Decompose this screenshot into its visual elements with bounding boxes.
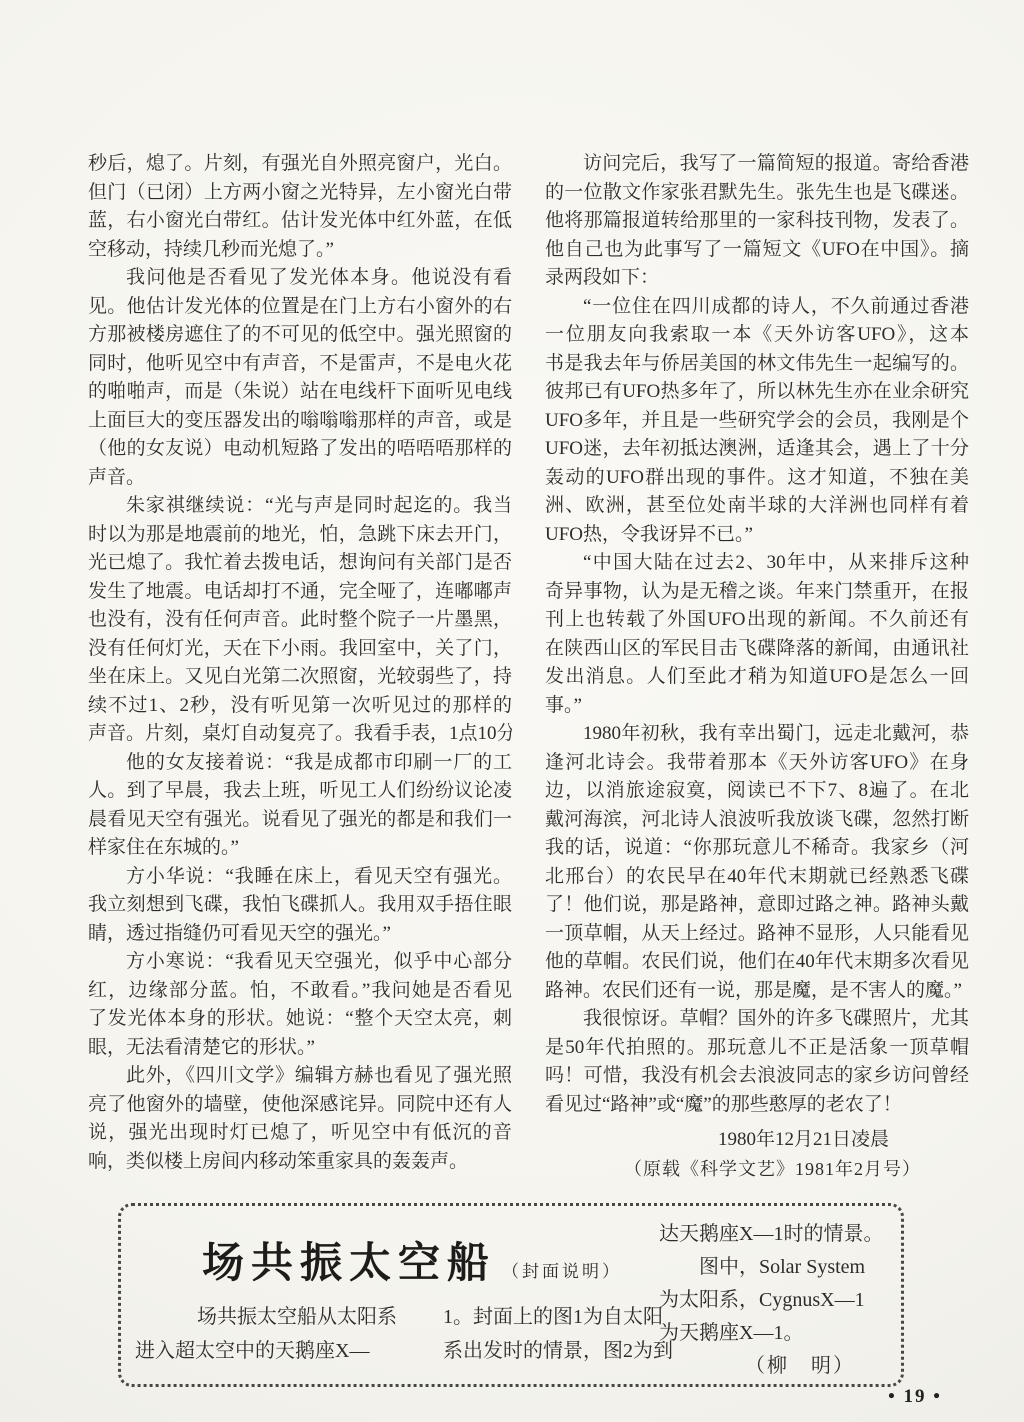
text-line: 是50年代拍照的。那玩意儿不正是活象一顶草帽 bbox=[545, 1034, 969, 1063]
text-line: 我立刻想到飞碟，我怕飞碟抓人。我用双手捂住眼 bbox=[88, 891, 512, 920]
paragraph: 我很惊讶。草帽？国外的许多飞碟照片，尤其是50年代拍照的。那玩意儿不正是活象一顶… bbox=[545, 1005, 969, 1119]
text-line: 声音。 bbox=[88, 464, 512, 493]
paragraph: 秒后，熄了。片刻，有强光自外照亮窗户，光白。但门（已闭）上方两小窗之光特异，左小… bbox=[88, 150, 512, 264]
text-line: 一顶草帽，从天上经过。路神不显形，人只能看见 bbox=[545, 920, 969, 949]
text-line: 吗！可惜，我没有机会去浪波同志的家乡访问曾经 bbox=[545, 1062, 969, 1091]
text-line: 方那被楼房遮住了的不可见的低空中。强光照窗的 bbox=[88, 321, 512, 350]
text-line: 场共振太空船从太阳系 bbox=[135, 1300, 403, 1334]
cover-note-signature: （柳 明） bbox=[659, 1350, 887, 1383]
paragraph: 方小寒说：“我看见天空强光，似乎中心部分红，边缘部分蓝。怕，不敢看。”我问她是否… bbox=[88, 948, 512, 1062]
text-line: 1。封面上的图1为自太阳 bbox=[443, 1300, 653, 1334]
text-line: 样家住在东城的。” bbox=[88, 834, 512, 863]
magazine-page: 秒后，熄了。片刻，有强光自外照亮窗户，光白。但门（已闭）上方两小窗之光特异，左小… bbox=[0, 0, 1024, 1422]
text-line: “一位住在四川成都的诗人，不久前通过香港 bbox=[545, 293, 969, 322]
text-line: 边，以消旅途寂寞，阅读已不下7、8遍了。在北 bbox=[545, 777, 969, 806]
text-line: 我很惊讶。草帽？国外的许多飞碟照片，尤其 bbox=[545, 1005, 969, 1034]
text-line: 了！他们说，那是路神，意即过路之神。路神头戴 bbox=[545, 891, 969, 920]
text-line: 彼邦已有UFO热多年了，所以林先生亦在业余研究 bbox=[545, 378, 969, 407]
text-line: 图中，Solar System bbox=[659, 1251, 887, 1284]
text-line: 一位朋友向我索取一本《天外访客UFO》，这本 bbox=[545, 321, 969, 350]
text-line: 系出发时的情景，图2为到 bbox=[443, 1334, 653, 1368]
text-line: 方小寒说：“我看见天空强光，似乎中心部分 bbox=[88, 948, 512, 977]
text-line: 秒后，熄了。片刻，有强光自外照亮窗户，光白。 bbox=[88, 150, 512, 179]
text-line: 声音。片刻，桌灯自动复亮了。我看手表，1点10分。 bbox=[88, 720, 512, 749]
text-line: 同时，他听见空中有声音，不是雷声，不是电火花 bbox=[88, 350, 512, 379]
text-line: 人。到了早晨，我去上班，听见工人们纷纷议论凌 bbox=[88, 777, 512, 806]
paragraph: 访问完后，我写了一篇简短的报道。寄给香港的一位散文作家张君默先生。张先生也是飞碟… bbox=[545, 150, 969, 293]
text-line: 为天鹅座X—1。 bbox=[659, 1317, 887, 1350]
text-line: “中国大陆在过去2、30年中，从来排斥这种 bbox=[545, 549, 969, 578]
cover-note-columns: 场共振太空船从太阳系进入超太空中的天鹅座X— 1。封面上的图1为自太阳系出发时的… bbox=[135, 1300, 653, 1368]
text-line: 路神。农民们还有一说，那是魔，是不害人的魔。” bbox=[545, 977, 969, 1006]
cover-note-title-suffix: （封面说明） bbox=[502, 1262, 622, 1281]
text-line: 访问完后，我写了一篇简短的报道。寄给香港 bbox=[545, 150, 969, 179]
text-line: UFO多年，并且是一些研究学会的会员，我刚是个 bbox=[545, 407, 969, 436]
page-number: • 19 • bbox=[860, 1386, 970, 1408]
text-line: 坐在床上。又见白光第二次照窗，光较弱些了，持 bbox=[88, 663, 512, 692]
text-line: 没有任何灯光，天在下小雨。我回室中，关了门， bbox=[88, 635, 512, 664]
text-line: UFO迷，去年初抵达澳洲，适逢其会，遇上了十分 bbox=[545, 435, 969, 464]
text-line: 亮了他窗外的墙壁，使他深感诧异。同院中还有人 bbox=[88, 1091, 512, 1120]
cover-note-column-1: 场共振太空船从太阳系进入超太空中的天鹅座X— bbox=[135, 1300, 403, 1368]
cover-note-column-2: 1。封面上的图1为自太阳系出发时的情景，图2为到 bbox=[443, 1300, 653, 1368]
text-line: 响，类似楼上房间内移动笨重家具的轰轰声。 bbox=[88, 1148, 512, 1177]
text-line: 洲、欧洲，甚至位处南半球的大洋洲也同样有着 bbox=[545, 492, 969, 521]
text-line: 此外，《四川文学》编辑方赫也看见了强光照 bbox=[88, 1062, 512, 1091]
text-line: 奇异事物，认为是无稽之谈。年来门禁重开，在报 bbox=[545, 578, 969, 607]
text-line: 上面巨大的变压器发出的嗡嗡嗡那样的声音，或是 bbox=[88, 407, 512, 436]
text-line: 发生了地震。电话却打不通，完全哑了，连嘟嘟声 bbox=[88, 578, 512, 607]
cover-note-box: 场共振太空船（封面说明） 场共振太空船从太阳系进入超太空中的天鹅座X— 1。封面… bbox=[118, 1203, 904, 1387]
text-line: 红，边缘部分蓝。怕，不敢看。”我问她是否看见 bbox=[88, 977, 512, 1006]
text-line: 蓝，右小窗光白带红。估计发光体中红外蓝，在低 bbox=[88, 207, 512, 236]
text-line: 光已熄了。我忙着去拨电话，想询问有关部门是否 bbox=[88, 549, 512, 578]
text-line: 我的话，说道：“你那玩意儿不稀奇。我家乡（河 bbox=[545, 834, 969, 863]
text-line: 达天鹅座X—1时的情景。 bbox=[659, 1218, 887, 1251]
cover-note-right-section: 达天鹅座X—1时的情景。 图中，Solar System为太阳系，CygnusX… bbox=[659, 1206, 901, 1384]
text-line: 录两段如下： bbox=[545, 264, 969, 293]
text-line: 眼，无法看清楚它的形状。” bbox=[88, 1034, 512, 1063]
text-line: 1980年初秋，我有幸出蜀门，远走北戴河，恭 bbox=[545, 720, 969, 749]
text-line: 也没有，没有任何声音。此时整个院子一片墨黑， bbox=[88, 606, 512, 635]
paragraph: 方小华说：“我睡在床上，看见天空有强光。我立刻想到飞碟，我怕飞碟抓人。我用双手捂… bbox=[88, 863, 512, 949]
text-line: 我问他是否看见了发光体本身。他说没有看 bbox=[88, 264, 512, 293]
paragraph: 朱家祺继续说：“光与声是同时起迄的。我当时以为那是地震前的地光，怕，急跳下床去开… bbox=[88, 492, 512, 749]
text-line: 的一位散文作家张君默先生。张先生也是飞碟迷。 bbox=[545, 179, 969, 208]
text-line: （他的女友说）电动机短路了发出的唔唔唔那样的 bbox=[88, 435, 512, 464]
text-line: 见。他估计发光体的位置是在门上方右小窗外的右 bbox=[88, 293, 512, 322]
article-left-column: 秒后，熄了。片刻，有强光自外照亮窗户，光白。但门（已闭）上方两小窗之光特异，左小… bbox=[88, 150, 512, 1176]
text-line: UFO热，令我讶异不已。” bbox=[545, 521, 969, 550]
text-line: 进入超太空中的天鹅座X— bbox=[135, 1334, 403, 1368]
text-line: 轰动的UFO群出现的事件。这才知道，不独在美 bbox=[545, 464, 969, 493]
text-line: 事。” bbox=[545, 692, 969, 721]
text-line: 方小华说：“我睡在床上，看见天空有强光。 bbox=[88, 863, 512, 892]
cover-note-title-row: 场共振太空船（封面说明） bbox=[171, 1230, 653, 1290]
date-line: 1980年12月21日凌晨 bbox=[545, 1126, 969, 1154]
paragraph: 他的女友接着说：“我是成都市印刷一厂的工人。到了早晨，我去上班，听见工人们纷纷议… bbox=[88, 749, 512, 863]
text-line: 戴河海滨，河北诗人浪波听我放谈飞碟，忽然打断 bbox=[545, 806, 969, 835]
text-line: 说，强光出现时灯已熄了，听见空中有低沉的音 bbox=[88, 1119, 512, 1148]
text-line: 但门（已闭）上方两小窗之光特异，左小窗光白带 bbox=[88, 179, 512, 208]
text-line: 逢河北诗会。我带着那本《天外访客UFO》在身 bbox=[545, 749, 969, 778]
text-line: 书是我去年与侨居美国的林文伟先生一起编写的。 bbox=[545, 350, 969, 379]
text-line: 他的女友接着说：“我是成都市印刷一厂的工 bbox=[88, 749, 512, 778]
cover-note-left-section: 场共振太空船（封面说明） 场共振太空船从太阳系进入超太空中的天鹅座X— 1。封面… bbox=[121, 1206, 659, 1384]
text-line: 续不过1、2秒，没有听见第一次听见过的那样的 bbox=[88, 692, 512, 721]
cover-note-title: 场共振太空船 bbox=[202, 1241, 496, 1287]
text-line: 睛，透过指缝仍可看见天空的强光。” bbox=[88, 920, 512, 949]
article-right-column: 访问完后，我写了一篇简短的报道。寄给香港的一位散文作家张君默先生。张先生也是飞碟… bbox=[545, 150, 969, 1119]
text-line: 北邢台）的农民早在40年代末期就已经熟悉飞碟 bbox=[545, 863, 969, 892]
text-line: 的啪啪声，而是（朱说）站在电线杆下面听见电线 bbox=[88, 378, 512, 407]
cover-note-column-3: 达天鹅座X—1时的情景。 图中，Solar System为太阳系，CygnusX… bbox=[659, 1218, 887, 1350]
text-line: 时以为那是地震前的地光，怕，急跳下床去开门， bbox=[88, 521, 512, 550]
text-line: 为太阳系，CygnusX—1 bbox=[659, 1284, 887, 1317]
text-line: 发出消息。人们至此才稍为知道UFO是怎么一回 bbox=[545, 663, 969, 692]
paragraph: 此外，《四川文学》编辑方赫也看见了强光照亮了他窗外的墙壁，使他深感诧异。同院中还… bbox=[88, 1062, 512, 1176]
text-line: 他将那篇报道转给那里的一家科技刊物，发表了。 bbox=[545, 207, 969, 236]
text-line: 朱家祺继续说：“光与声是同时起迄的。我当 bbox=[88, 492, 512, 521]
text-line: 在陕西山区的军民目击飞碟降落的新闻，由通讯社 bbox=[545, 635, 969, 664]
paragraph: 1980年初秋，我有幸出蜀门，远走北戴河，恭逢河北诗会。我带着那本《天外访客UF… bbox=[545, 720, 969, 1005]
text-line: 他的草帽。农民们说，他们在40年代末期多次看见 bbox=[545, 948, 969, 977]
text-line: 刊上也转载了外国UFO出现的新闻。不久前还有 bbox=[545, 606, 969, 635]
source-line: （原载《科学文艺》1981年2月号） bbox=[545, 1155, 969, 1183]
paragraph: 我问他是否看见了发光体本身。他说没有看见。他估计发光体的位置是在门上方右小窗外的… bbox=[88, 264, 512, 492]
text-line: 了发光体本身的形状。她说：“整个天空太亮，刺 bbox=[88, 1005, 512, 1034]
text-line: 看见过“路神”或“魔”的那些憨厚的老农了！ bbox=[545, 1091, 969, 1120]
text-line: 晨看见天空有强光。说看见了强光的都是和我们一 bbox=[88, 806, 512, 835]
paragraph: “中国大陆在过去2、30年中，从来排斥这种奇异事物，认为是无稽之谈。年来门禁重开… bbox=[545, 549, 969, 720]
text-line: 空移动，持续几秒而光熄了。” bbox=[88, 236, 512, 265]
paragraph: “一位住在四川成都的诗人，不久前通过香港一位朋友向我索取一本《天外访客UFO》，… bbox=[545, 293, 969, 550]
text-line: 他自己也为此事写了一篇短文《UFO在中国》。摘 bbox=[545, 236, 969, 265]
